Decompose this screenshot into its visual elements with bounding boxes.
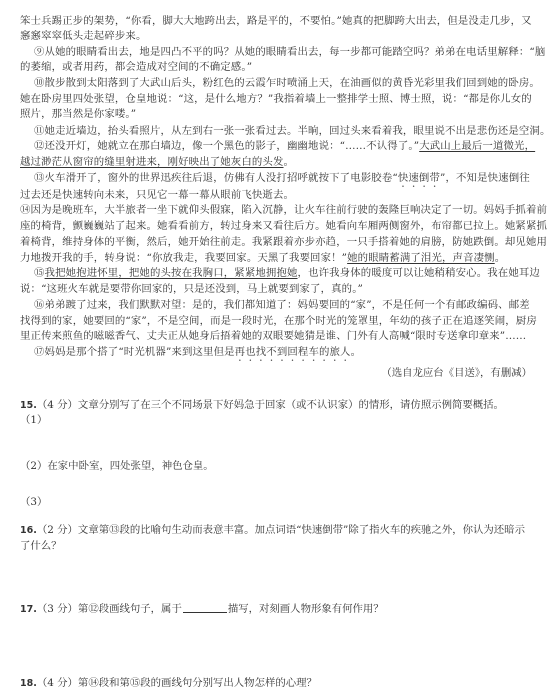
passage-line: 说：“这班火车就是要带你回家的，只是还没到，马上就要到家了，真的。” — [20, 282, 536, 296]
paragraph-16: ⑯弟弟踱了过来，我们默默对望：是的，我们都知道了：妈妈要回的“家”，不是任何一个… — [34, 298, 550, 312]
paragraph-12: ⑫还没开灯，她就立在那白墙边，像一个黑色的影子，幽幽地说：“……不认得了。”大武… — [34, 139, 550, 153]
underlined-sentence-12b: 越过渺茫从窗帘的缝里射进来，刚好映出了她灰白的头发 — [20, 156, 284, 168]
punctuation: 。 — [495, 252, 506, 264]
passage-line: 着椅背，维持身体的平衡，然后，她开始往前走。我紧跟着亦步亦趋，一只手搭着她的肩膀… — [20, 235, 536, 249]
passage-line: 笨士兵踢正步的架势，“你看，脚大大地跨出去，路是平的，不要怕。”她真的把脚跨大出… — [20, 14, 536, 28]
paragraph-10: ⑩散步散到太阳落到了大武山后头，粉红色的云霞乍时喷涌上天，在油画似的黄昏光彩里我… — [34, 76, 550, 90]
passage-line: 座的椅背，颤巍巍站了起来。她看看前方，转过身来又看往后方。她看向车厢两侧窗外，布… — [20, 219, 536, 233]
passage-line: 力地拨开我的手，转身说：“你放我走，我要回家。天黑了我要回家！”她的眼睛蓄满了泪… — [20, 251, 536, 265]
question-text: （2 分）文章第⑬段的比喻句生动而表意丰富。加点词语“快速倒带”除了指火车的疾驰… — [37, 524, 525, 536]
question-number: 17. — [20, 604, 37, 615]
paragraph-number: ⑮ — [34, 267, 45, 279]
answer-slot-1: （1） — [20, 413, 47, 427]
question-15: 15.（4 分）文章分别写了在三个不同场景下好妈急于回家（或不认识家）的情形，请… — [20, 398, 504, 413]
question-16-cont: 了什么？ — [20, 539, 62, 553]
paragraph-17: ⑰妈妈是那个搭了“时光机器”来到这里但是再也找不到回程车的旅人。 — [34, 345, 550, 364]
question-17: 17.（3 分）第⑫段画线句子，属于描写，对刻画人物形象有何作用？ — [20, 602, 384, 617]
paragraph-13-text-cont: ”，不知是快速倒往 — [440, 172, 530, 184]
fill-in-blank[interactable] — [183, 602, 227, 613]
passage-line: 她在卧房里四处张望，仓皇地说：“这，是什么地方？”我指着墙上一整排学士照、博士照… — [20, 92, 536, 106]
passage-line: 里正传来煎鱼的嗞嗞香气、丈夫正从她身后捂着她的双眼要她猜是谁、门外有人高喊“限时… — [20, 329, 536, 343]
underlined-sentence-14: 她的眼睛蓄满了泪光，声音凄恻 — [347, 252, 495, 264]
answer-slot-3: （3） — [20, 495, 47, 509]
paragraph-9: ⑨从她的眼睛看出去，地是四凸不平的吗？从她的眼睛看出去，每一步都可能踏空吗？弟弟… — [34, 45, 550, 59]
source-citation: （选自龙应台《目送》，有删减） — [381, 366, 532, 380]
passage-line: 的萎缩，或者用药，都会造成对空间的不确定感。” — [20, 60, 536, 74]
underlined-sentence-15: 我把她抱进怀里，把她的头按在我胸口，紧紧地拥抱她 — [45, 267, 298, 279]
question-number: 18. — [20, 678, 37, 689]
paragraph-12-text: ⑫还没开灯，她就立在那白墙边，像一个黑色的影子，幽幽地说：“……不认得了。” — [34, 140, 419, 152]
passage-line: 越过渺茫从窗帘的缝里射进来，刚好映出了她灰白的头发。 — [20, 155, 536, 169]
paragraph-17-text: ⑰妈妈是那个搭了“时光机器”来到这里但是 — [34, 346, 235, 358]
dotted-phrase: 快速倒带 — [398, 172, 440, 184]
paragraph-11: ⑪她走近墙边，抬头看照片，从左到右一张一张看过去。半晌，回过头来看着我，眼里说不… — [34, 124, 550, 138]
question-text: （4 分）文章分别写了在三个不同场景下好妈急于回家（或不认识家）的情形，请仿照示… — [37, 399, 504, 411]
paragraph-15-text: ，也许我身体的暖度可以让她稍稍安心。我在她耳边 — [298, 267, 540, 279]
question-number: 16. — [20, 525, 37, 536]
paragraph-14: ⑭因为是晚班车，大半旅者一坐下就仰头假寐，陷入沉静，让火车往前行驶的轰隆巨响决定… — [20, 203, 536, 217]
punctuation: 。 — [351, 346, 362, 358]
paragraph-14-text: 力地拨开我的手，转身说：“你放我走，我要回家。天黑了我要回家！” — [20, 252, 347, 264]
passage-line: 过去还是快速转向未来，只见它一幕一幕从眼前飞快逝去。 — [20, 188, 536, 202]
exam-page: 笨士兵踢正步的架势，“你看，脚大大地跨出去，路是平的，不要怕。”她真的把脚跨大出… — [0, 0, 554, 698]
punctuation: 。 — [284, 156, 295, 168]
passage-line: 窸窸窣窣低头走起碎步来。 — [20, 29, 536, 43]
question-18: 18.（4 分）第⑭段和第⑮段的画线句分别写出人物怎样的心理？ — [20, 676, 317, 691]
passage-line: 照片，那当然是你家喽。” — [20, 107, 536, 121]
paragraph-15: ⑮我把她抱进怀里，把她的头按在我胸口，紧紧地拥抱她，也许我身体的暖度可以让她稍稍… — [34, 266, 550, 280]
question-text: （3 分）第⑫段画线句子，属于 — [37, 603, 182, 615]
underlined-sentence-12a: 大武山上最后一道微光， — [419, 140, 535, 152]
dotted-phrase: 再也找不到回程车的旅人 — [235, 346, 351, 358]
question-text-cont: 描写，对刻画人物形象有何作用？ — [228, 603, 384, 615]
paragraph-13-text: ⑬火车滑开了，窗外的世界迅疾往后退，仿佛有人没打招呼就按下了电影胶卷“ — [34, 172, 398, 184]
answer-item-2: （2）在家中卧室，四处张望，神色仓皇。 — [20, 459, 214, 473]
question-text: （4 分）第⑭段和第⑮段的画线句分别写出人物怎样的心理？ — [37, 677, 317, 689]
question-16: 16.（2 分）文章第⑬段的比喻句生动而表意丰富。加点词语“快速倒带”除了指火车… — [20, 523, 525, 538]
passage-line: 找得到的家，她要回的“家”，不是空间，而是一段时光，在那个时光的笼罩里，年幼的孩… — [20, 314, 536, 328]
question-number: 15. — [20, 400, 37, 411]
